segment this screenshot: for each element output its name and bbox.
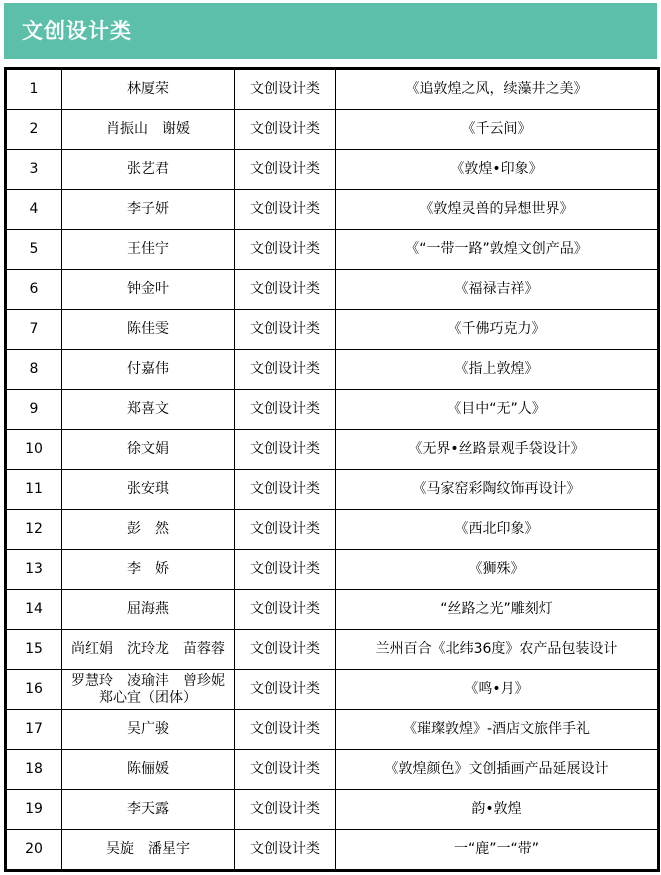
cell-category: 文创设计类 [235,550,336,590]
cell-work: 《鸣•月》 [336,670,659,710]
cell-work: 一“鹿”一“带” [336,830,659,871]
cell-category: 文创设计类 [235,270,336,310]
table-row: 8 付嘉伟 文创设计类 《指上敦煌》 [6,350,659,390]
cell-work: 《“一带一路”敦煌文创产品》 [336,230,659,270]
cell-name: 林厦荣 [62,69,235,110]
cell-category: 文创设计类 [235,350,336,390]
cell-work: 《无界•丝路景观手袋设计》 [336,430,659,470]
cell-name: 罗慧玲 凌瑜沣 曾珍妮 郑心宜（团体） [62,670,235,710]
cell-category: 文创设计类 [235,310,336,350]
table-row: 16 罗慧玲 凌瑜沣 曾珍妮 郑心宜（团体） 文创设计类 《鸣•月》 [6,670,659,710]
cell-category: 文创设计类 [235,750,336,790]
cell-category: 文创设计类 [235,69,336,110]
cell-name: 彭 然 [62,510,235,550]
cell-work: 《马家窑彩陶纹饰再设计》 [336,470,659,510]
cell-name: 钟金叶 [62,270,235,310]
cell-name: 吴旋 潘星宇 [62,830,235,871]
table-row: 6 钟金叶 文创设计类 《福禄吉祥》 [6,270,659,310]
table-row: 20 吴旋 潘星宇 文创设计类 一“鹿”一“带” [6,830,659,871]
cell-number: 11 [6,470,62,510]
cell-work: 《指上敦煌》 [336,350,659,390]
cell-number: 9 [6,390,62,430]
cell-name: 徐文娟 [62,430,235,470]
cell-category: 文创设计类 [235,830,336,871]
cell-number: 7 [6,310,62,350]
cell-category: 文创设计类 [235,190,336,230]
cell-number: 10 [6,430,62,470]
table-row: 18 陈俪媛 文创设计类 《敦煌颜色》文创插画产品延展设计 [6,750,659,790]
cell-work: 《狮殊》 [336,550,659,590]
cell-work: 《千佛巧克力》 [336,310,659,350]
cell-work: 《璀璨敦煌》-酒店文旅伴手礼 [336,710,659,750]
cell-number: 17 [6,710,62,750]
cell-name: 屈海燕 [62,590,235,630]
cell-number: 13 [6,550,62,590]
table-row: 1 林厦荣 文创设计类 《追敦煌之风，续藻井之美》 [6,69,659,110]
cell-number: 19 [6,790,62,830]
award-table: 1 林厦荣 文创设计类 《追敦煌之风，续藻井之美》 2 肖振山 谢媛 文创设计类… [4,67,660,872]
cell-work: 《敦煌•印象》 [336,150,659,190]
cell-work: 《敦煌灵兽的异想世界》 [336,190,659,230]
table-row: 15 尚红娟 沈玲龙 苗蓉蓉 文创设计类 兰州百合《北纬36度》农产品包装设计 [6,630,659,670]
section-title: 文创设计类 [22,16,132,46]
cell-category: 文创设计类 [235,470,336,510]
cell-number: 4 [6,190,62,230]
cell-work: 《目中“无”人》 [336,390,659,430]
cell-number: 12 [6,510,62,550]
table-row: 13 李 娇 文创设计类 《狮殊》 [6,550,659,590]
cell-category: 文创设计类 [235,110,336,150]
cell-category: 文创设计类 [235,670,336,710]
cell-name: 张艺君 [62,150,235,190]
table-row: 14 屈海燕 文创设计类 “丝路之光”雕刻灯 [6,590,659,630]
cell-work: 《西北印象》 [336,510,659,550]
cell-number: 14 [6,590,62,630]
cell-work: 《千云间》 [336,110,659,150]
cell-name: 张安琪 [62,470,235,510]
table-row: 10 徐文娟 文创设计类 《无界•丝路景观手袋设计》 [6,430,659,470]
cell-work: 《福禄吉祥》 [336,270,659,310]
cell-name-line-2: 郑心宜（团体） [62,690,234,707]
cell-category: 文创设计类 [235,590,336,630]
table-row: 17 吴广骏 文创设计类 《璀璨敦煌》-酒店文旅伴手礼 [6,710,659,750]
cell-name: 陈俪媛 [62,750,235,790]
table-row: 9 郑喜文 文创设计类 《目中“无”人》 [6,390,659,430]
table-row: 5 王佳宁 文创设计类 《“一带一路”敦煌文创产品》 [6,230,659,270]
cell-work: 韵•敦煌 [336,790,659,830]
cell-name: 陈佳雯 [62,310,235,350]
table-row: 3 张艺君 文创设计类 《敦煌•印象》 [6,150,659,190]
table-row: 19 李天露 文创设计类 韵•敦煌 [6,790,659,830]
cell-category: 文创设计类 [235,150,336,190]
cell-number: 20 [6,830,62,871]
cell-category: 文创设计类 [235,510,336,550]
award-table-body: 1 林厦荣 文创设计类 《追敦煌之风，续藻井之美》 2 肖振山 谢媛 文创设计类… [6,69,659,871]
cell-work: 《追敦煌之风，续藻井之美》 [336,69,659,110]
cell-category: 文创设计类 [235,710,336,750]
table-row: 7 陈佳雯 文创设计类 《千佛巧克力》 [6,310,659,350]
cell-name: 付嘉伟 [62,350,235,390]
cell-name: 肖振山 谢媛 [62,110,235,150]
cell-number: 15 [6,630,62,670]
cell-name: 尚红娟 沈玲龙 苗蓉蓉 [62,630,235,670]
cell-category: 文创设计类 [235,790,336,830]
cell-name: 吴广骏 [62,710,235,750]
cell-number: 16 [6,670,62,710]
cell-name: 王佳宁 [62,230,235,270]
table-row: 11 张安琪 文创设计类 《马家窑彩陶纹饰再设计》 [6,470,659,510]
cell-name: 李子妍 [62,190,235,230]
cell-number: 3 [6,150,62,190]
section-header-banner: 文创设计类 [4,3,657,59]
table-row: 2 肖振山 谢媛 文创设计类 《千云间》 [6,110,659,150]
cell-name: 李天露 [62,790,235,830]
cell-number: 18 [6,750,62,790]
cell-category: 文创设计类 [235,230,336,270]
cell-number: 8 [6,350,62,390]
cell-number: 1 [6,69,62,110]
cell-name-line-1: 罗慧玲 凌瑜沣 曾珍妮 [62,673,234,690]
table-row: 12 彭 然 文创设计类 《西北印象》 [6,510,659,550]
cell-category: 文创设计类 [235,390,336,430]
cell-work: “丝路之光”雕刻灯 [336,590,659,630]
table-row: 4 李子妍 文创设计类 《敦煌灵兽的异想世界》 [6,190,659,230]
cell-work: 兰州百合《北纬36度》农产品包装设计 [336,630,659,670]
cell-category: 文创设计类 [235,630,336,670]
cell-number: 5 [6,230,62,270]
cell-number: 6 [6,270,62,310]
cell-name: 郑喜文 [62,390,235,430]
cell-work: 《敦煌颜色》文创插画产品延展设计 [336,750,659,790]
cell-category: 文创设计类 [235,430,336,470]
cell-name: 李 娇 [62,550,235,590]
cell-number: 2 [6,110,62,150]
